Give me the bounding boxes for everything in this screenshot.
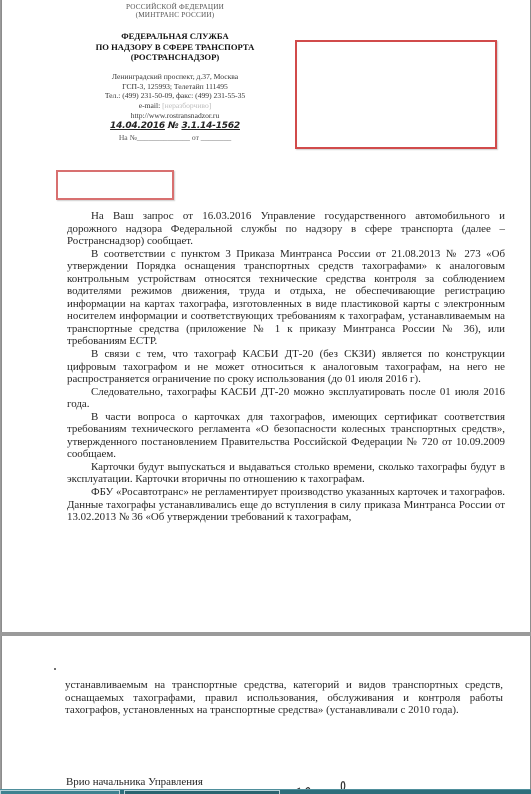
address-line: Ленинградский проспект, д.37, Москва: [64, 72, 286, 82]
letter-body: На Ваш запрос от 16.03.2016 Управление г…: [67, 210, 505, 524]
email-label: e-mail:: [139, 101, 161, 110]
paragraph: Карточки будут выпускаться и выдаваться …: [67, 461, 505, 486]
ministry-line: (МИНТРАНС РОССИИ): [64, 11, 286, 20]
agency-address: Ленинградский проспект, д.37, Москва ГСП…: [64, 72, 286, 121]
ministry-line: РОССИЙСКОЙ ФЕДЕРАЦИИ: [64, 3, 286, 12]
paragraph: На Ваш запрос от 16.03.2016 Управление г…: [67, 210, 505, 248]
email-value: [неразборчиво]: [162, 101, 211, 110]
agency-line: (РОСТРАНСНАДЗОР): [64, 52, 286, 63]
taskbar: [0, 789, 531, 794]
paragraph: Следовательно, тахографы КАСБИ ДТ-20 мож…: [67, 386, 505, 411]
paragraph: В соответствии с пунктом 3 Приказа Минтр…: [67, 248, 505, 348]
document-page-1: МИНИСТЕРСТВО ТРАНСПОРТА РОССИЙСКОЙ ФЕДЕР…: [1, 0, 531, 632]
address-line: Тел.: (499) 231-50-09, факс: (499) 231-5…: [64, 91, 286, 101]
paragraph: устанавливаемым на транспортные средства…: [65, 679, 503, 717]
signatory-title: Врио начальника Управления: [66, 776, 203, 788]
agency-line: ПО НАДЗОРУ В СФЕРЕ ТРАНСПОРТА: [64, 42, 286, 53]
reference-line: На №______________ от ________: [64, 133, 286, 142]
registration-number-prefix: №: [168, 121, 179, 131]
letter-body-continued: устанавливаемым на транспортные средства…: [65, 679, 503, 717]
address-line: ГСП-3, 125993; Телетайп 111495: [64, 82, 286, 92]
registration-date: 14.04.2016: [110, 121, 165, 131]
ministry-header: МИНИСТЕРСТВО ТРАНСПОРТА РОССИЙСКОЙ ФЕДЕР…: [64, 0, 286, 20]
registration-number: 3.1.14-1562: [181, 121, 239, 131]
paragraph: ФБУ «Росавтотранс» не регламентирует про…: [67, 486, 505, 524]
addressee-redaction-box: [295, 40, 497, 149]
agency-header: ФЕДЕРАЛЬНАЯ СЛУЖБА ПО НАДЗОРУ В СФЕРЕ ТР…: [64, 31, 286, 63]
paragraph: В связи с тем, что тахограф КАСБИ ДТ-20 …: [67, 348, 505, 386]
taskbar-button-active[interactable]: [124, 790, 280, 794]
paragraph: В части вопроса о карточках для тахограф…: [67, 411, 505, 461]
scan-speck: [54, 668, 56, 670]
website-line[interactable]: http://www.rostransnadzor.ru: [64, 111, 286, 121]
email-line: e-mail: [неразборчиво]: [64, 101, 286, 111]
agency-line: ФЕДЕРАЛЬНАЯ СЛУЖБА: [64, 31, 286, 42]
name-redaction-box: [56, 170, 174, 200]
registration-stamp: 14.04.2016 № 3.1.14-1562: [64, 121, 286, 131]
taskbar-button[interactable]: [0, 790, 120, 794]
